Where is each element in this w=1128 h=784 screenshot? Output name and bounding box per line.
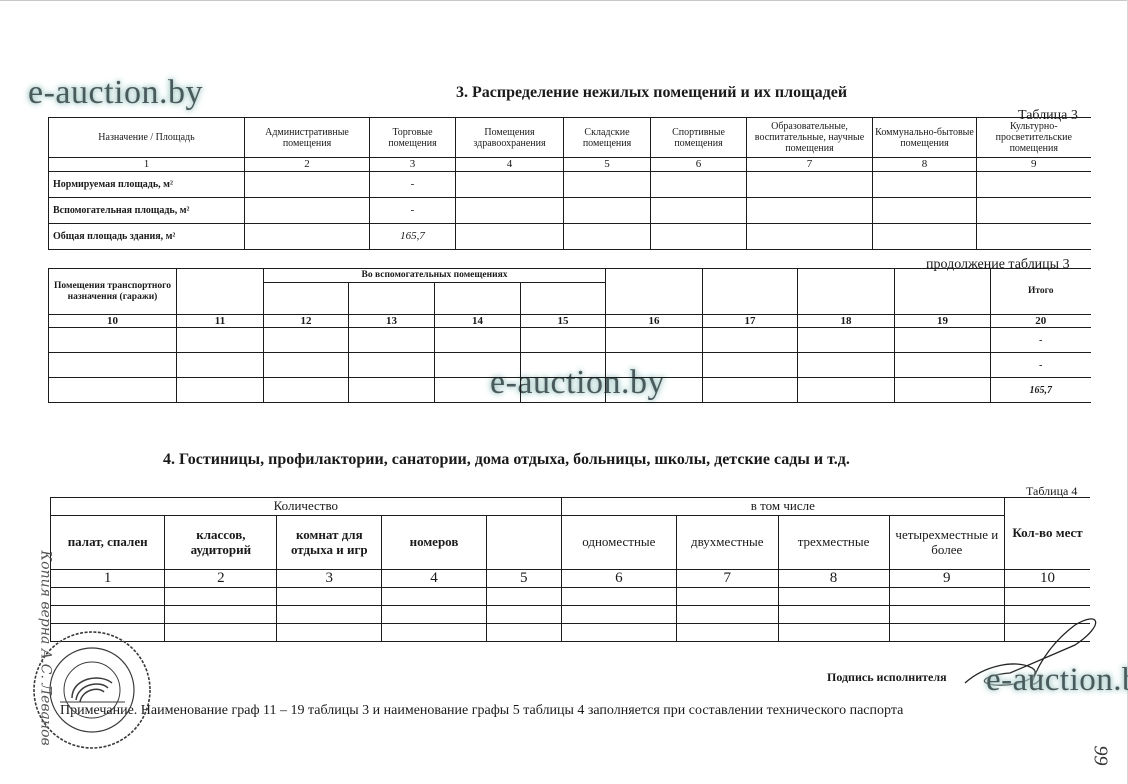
table3-header: Коммунально-бытовые помещения [873,118,977,158]
table-cell [382,587,487,605]
table-cell [521,378,606,403]
table4-header [486,516,561,570]
table-cell: 165,7 [991,378,1091,403]
table4-header: одноместные [561,516,676,570]
watermark-top-left: e-auction.by [28,74,203,112]
table-cell [977,172,1091,198]
row-label: Вспомогательная площадь, м² [49,198,245,224]
table4-group-quantity: Количество [51,498,562,516]
table3c-header-aux-group: Во вспомогательных помещениях [264,269,606,283]
table-cell [895,328,991,353]
table-row [51,623,1091,641]
table4-header: комнат для отдыха и игр [277,516,382,570]
table-cell [651,224,747,250]
table-cell [561,587,676,605]
column-number: 4 [382,570,487,588]
table3-header: Торговые помещения [370,118,456,158]
table3c-header-col17 [703,269,798,315]
table-row: - [49,328,1091,353]
table3-header-row: Назначение / Площадь Административные по… [49,118,1091,158]
page-number: 99 [1089,746,1112,766]
table3c-header-garages: Помещения транспортного назначения (гара… [49,269,177,315]
table-cell: - [370,172,456,198]
table-cell: - [991,328,1091,353]
table-cell [456,198,564,224]
table-cell [49,328,177,353]
table3c-header-col19 [895,269,991,315]
column-number: 9 [977,158,1091,172]
table-cell [349,328,435,353]
table-cell [49,353,177,378]
table-cell [277,587,382,605]
table3c-header-col12 [264,283,349,315]
table-cell [977,198,1091,224]
table-cell [677,623,778,641]
table3-header: Назначение / Площадь [49,118,245,158]
table4-header: двухместные [677,516,778,570]
table-row: - [49,353,1091,378]
table3c-header-col16 [606,269,703,315]
table-cell [747,172,873,198]
table-cell [895,353,991,378]
table3-header: Административные помещения [245,118,370,158]
table-cell [51,587,165,605]
table-cell [277,605,382,623]
table-cell [703,353,798,378]
table-cell: 165,7 [370,224,456,250]
table-cell [435,378,521,403]
column-number: 3 [370,158,456,172]
table-cell [778,623,889,641]
table-cell [521,353,606,378]
table-cell [521,328,606,353]
column-number: 6 [561,570,676,588]
table4-header: палат, спален [51,516,165,570]
table-cell [435,328,521,353]
table-cell [606,378,703,403]
table-cell: - [991,353,1091,378]
table4-header: номеров [382,516,487,570]
column-number: 7 [677,570,778,588]
table-row [51,605,1091,623]
table-cell [747,224,873,250]
table-cell [51,605,165,623]
table-cell [456,172,564,198]
table-cell [873,224,977,250]
table-3: Назначение / Площадь Административные по… [48,117,1091,250]
table4-group-including: в том числе [561,498,1004,516]
table-cell [165,587,277,605]
column-number: 10 [49,315,177,328]
table-cell [873,198,977,224]
watermark-bottom-right: e-auction.by [986,662,1128,699]
table3-header: Спортивные помещения [651,118,747,158]
margin-certification-handwriting: Копия верна А.С. Леванов [38,550,54,745]
column-number: 18 [798,315,895,328]
table-cell [456,224,564,250]
table-cell [778,605,889,623]
table3c-header-col13 [349,283,435,315]
section3-title: 3. Распределение нежилых помещений и их … [456,84,847,102]
column-number: 4 [456,158,564,172]
table-cell [264,328,349,353]
table3-number-row: 1 2 3 4 5 6 7 8 9 [49,158,1091,172]
table-cell [382,623,487,641]
table-cell [486,587,561,605]
table-row: Вспомогательная площадь, м² - [49,198,1091,224]
column-number: 3 [277,570,382,588]
table4-header: классов, аудиторий [165,516,277,570]
column-number: 2 [245,158,370,172]
column-number: 1 [49,158,245,172]
column-number: 5 [486,570,561,588]
table-cell [245,224,370,250]
column-number: 19 [895,315,991,328]
column-number: 8 [778,570,889,588]
column-number: 13 [349,315,435,328]
column-number: 20 [991,315,1091,328]
column-number: 5 [564,158,651,172]
column-number: 17 [703,315,798,328]
table-cell [561,605,676,623]
table-cell [264,353,349,378]
table-cell [977,224,1091,250]
column-number: 8 [873,158,977,172]
table-row [51,587,1091,605]
table-cell: - [370,198,456,224]
table-cell [165,623,277,641]
column-number: 14 [435,315,521,328]
table-cell [798,328,895,353]
table-cell [349,353,435,378]
table4-header: четырехместные и более [889,516,1004,570]
table-cell [564,224,651,250]
signature-label: Подпись исполнителя [827,670,947,685]
table-4: Количество в том числе Кол-во мест палат… [50,497,1090,642]
table-cell [165,605,277,623]
table-cell [747,198,873,224]
table-cell [177,378,264,403]
column-number: 10 [1004,570,1090,588]
column-number: 7 [747,158,873,172]
table3c-header-col14 [435,283,521,315]
column-number: 11 [177,315,264,328]
table-cell [703,378,798,403]
table-cell [677,587,778,605]
table3-header: Образовательные, воспитательные, научные… [747,118,873,158]
table-cell [564,198,651,224]
table-cell [49,378,177,403]
table-cell [245,172,370,198]
column-number: 16 [606,315,703,328]
table-cell [277,623,382,641]
table-row: Общая площадь здания, м² 165,7 [49,224,1091,250]
table4-header-row: палат, спален классов, аудиторий комнат … [51,516,1091,570]
table-cell [561,623,676,641]
table-cell [486,623,561,641]
table-row: 165,7 [49,378,1091,403]
table-3-continuation: Помещения транспортного назначения (гара… [48,268,1091,403]
section4-title: 4. Гостиницы, профилактории, санатории, … [163,451,850,469]
table-cell [177,328,264,353]
table-cell [564,172,651,198]
table3-header: Складские помещения [564,118,651,158]
table4-header: трехместные [778,516,889,570]
column-number: 15 [521,315,606,328]
table-cell [798,353,895,378]
column-number: 6 [651,158,747,172]
table-cell [349,378,435,403]
row-label: Нормируемая площадь, м² [49,172,245,198]
table-cell [873,172,977,198]
table-row: Нормируемая площадь, м² - [49,172,1091,198]
table3-header: Культурно-просветительские помещения [977,118,1091,158]
table-cell [895,378,991,403]
footnote: Примечание. Наименование граф 11 – 19 та… [60,703,903,719]
table-cell [703,328,798,353]
table-cell [798,378,895,403]
table3c-header-total: Итого [991,269,1091,315]
table3c-number-row: 10 11 12 13 14 15 16 17 18 19 20 [49,315,1091,328]
table3c-header-col18 [798,269,895,315]
table-cell [606,328,703,353]
row-label: Общая площадь здания, м² [49,224,245,250]
table-cell [677,605,778,623]
table4-header: Кол-во мест [1004,498,1090,570]
table-cell [382,605,487,623]
table3c-header-col11 [177,269,264,315]
table-cell [435,353,521,378]
table-cell [778,587,889,605]
table-cell [651,172,747,198]
column-number: 9 [889,570,1004,588]
table-cell [177,353,264,378]
table-cell [889,587,1004,605]
table-cell [1004,587,1090,605]
table-cell [264,378,349,403]
column-number: 2 [165,570,277,588]
table-cell [651,198,747,224]
column-number: 12 [264,315,349,328]
table3c-header-col15 [521,283,606,315]
table-cell [606,353,703,378]
column-number: 1 [51,570,165,588]
table3-header: Помещения здравоохранения [456,118,564,158]
scan-top-edge [0,0,1128,1]
table-cell [486,605,561,623]
table-cell [245,198,370,224]
table4-number-row: 1 2 3 4 5 6 7 8 9 10 [51,570,1091,588]
